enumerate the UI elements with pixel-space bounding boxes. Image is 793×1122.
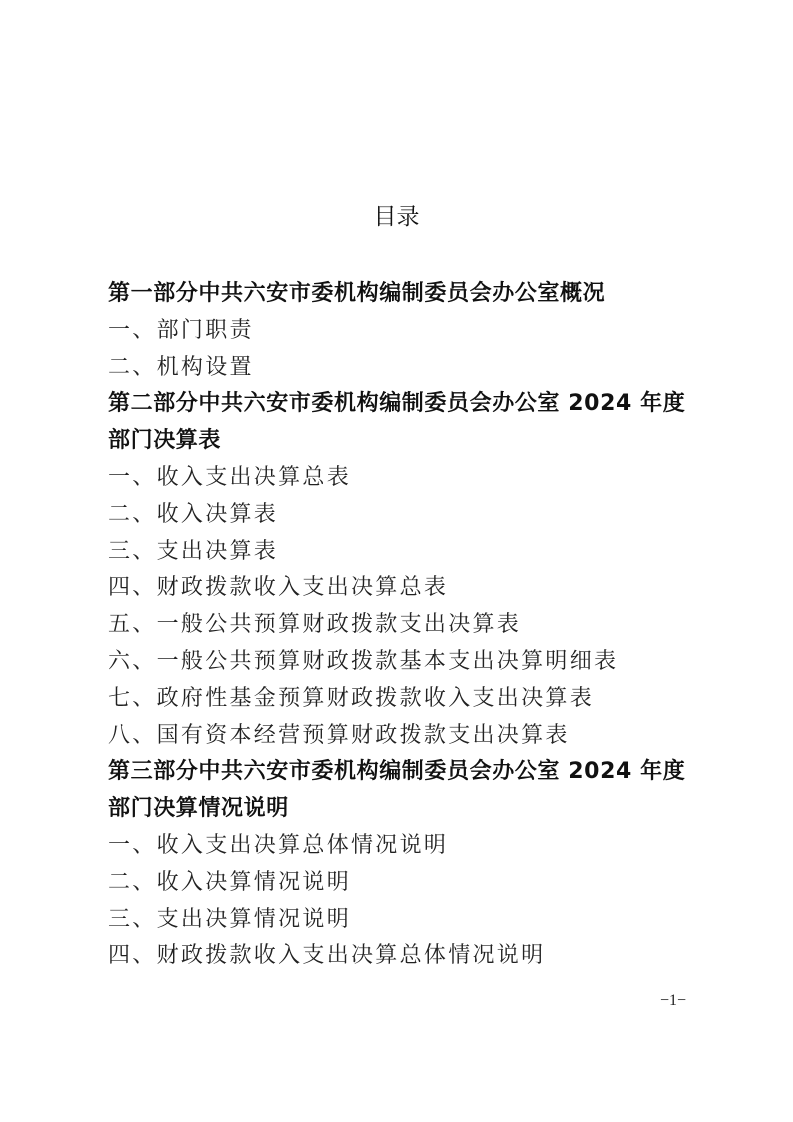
toc-item: 四、财政拨款收入支出决算总体情况说明 (108, 938, 698, 975)
toc-part-2-heading: 第二部分中共六安市委机构编制委员会办公室 2024 年度 (108, 386, 698, 423)
toc-item: 一、收入支出决算总表 (108, 460, 698, 497)
page-number: −1− (660, 992, 686, 1010)
toc-title: 目录 (0, 200, 793, 234)
toc-item: 二、机构设置 (108, 350, 698, 387)
toc-part-3-heading-cont: 部门决算情况说明 (108, 791, 698, 828)
toc-part-1-heading: 第一部分中共六安市委机构编制委员会办公室概况 (108, 276, 698, 313)
toc-item: 四、财政拨款收入支出决算总表 (108, 570, 698, 607)
toc-item: 二、收入决算情况说明 (108, 865, 698, 902)
document-page: 目录 第一部分中共六安市委机构编制委员会办公室概况 一、部门职责 二、机构设置 … (0, 0, 793, 1122)
toc-item: 八、国有资本经营预算财政拨款支出决算表 (108, 718, 698, 755)
toc-item: 二、收入决算表 (108, 497, 698, 534)
toc-item: 三、支出决算表 (108, 534, 698, 571)
table-of-contents: 第一部分中共六安市委机构编制委员会办公室概况 一、部门职责 二、机构设置 第二部… (108, 276, 698, 975)
toc-item: 五、一般公共预算财政拨款支出决算表 (108, 607, 698, 644)
toc-part-3-heading: 第三部分中共六安市委机构编制委员会办公室 2024 年度 (108, 754, 698, 791)
toc-item: 六、一般公共预算财政拨款基本支出决算明细表 (108, 644, 698, 681)
toc-item: 一、收入支出决算总体情况说明 (108, 828, 698, 865)
toc-item: 一、部门职责 (108, 313, 698, 350)
toc-item: 七、政府性基金预算财政拨款收入支出决算表 (108, 681, 698, 718)
toc-item: 三、支出决算情况说明 (108, 902, 698, 939)
toc-part-2-heading-cont: 部门决算表 (108, 423, 698, 460)
